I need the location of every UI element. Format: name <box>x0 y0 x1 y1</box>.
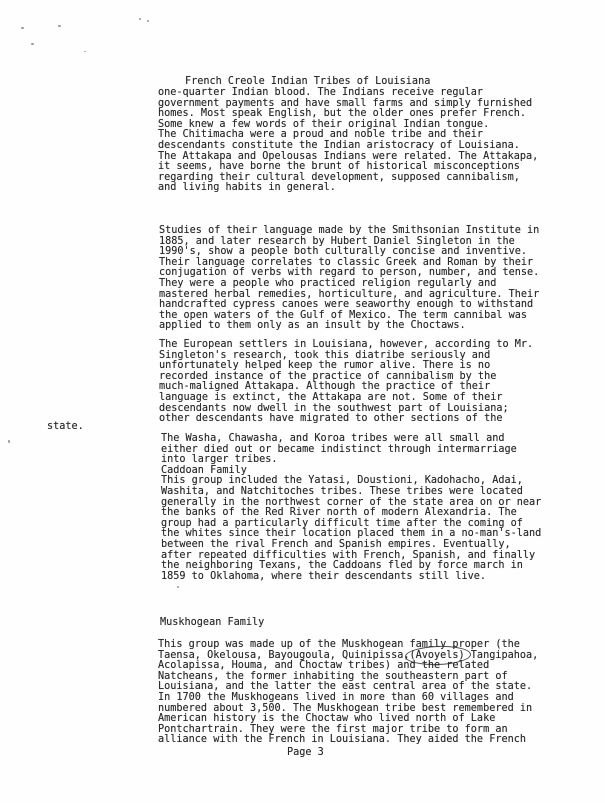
scan-speck <box>84 51 86 52</box>
margin-word-state: state. <box>47 422 84 433</box>
scan-speck <box>177 586 179 588</box>
caddoan-section: The Washa, Chawasha, and Koroa tribes we… <box>161 434 541 582</box>
paragraph-washa: The Washa, Chawasha, and Koroa tribes we… <box>161 434 541 466</box>
heading-muskhogean-family: Muskhogean Family <box>160 618 264 629</box>
paragraph-caddoan: This group included the Yatasi, Doustion… <box>161 476 541 582</box>
scanned-document-page: French Creole Indian Tribes of Louisiana… <box>0 0 605 803</box>
scan-speck <box>31 43 34 45</box>
scan-speck <box>21 27 24 29</box>
page-number: Page 3 <box>287 748 324 759</box>
paragraph-language-studies: Studies of their language made by the Sm… <box>159 226 539 332</box>
paragraph-european-settlers: The European settlers in Louisiana, howe… <box>159 340 533 425</box>
scan-speck <box>139 18 141 20</box>
scan-speck <box>8 440 10 443</box>
scan-speck <box>58 25 61 27</box>
paragraph-intro: one-quarter Indian blood. The Indians re… <box>158 88 538 194</box>
paragraph-muskhogean: This group was made up of the Muskhogean… <box>158 640 538 746</box>
document-title: French Creole Indian Tribes of Louisiana <box>185 77 430 88</box>
scan-speck <box>147 20 149 22</box>
